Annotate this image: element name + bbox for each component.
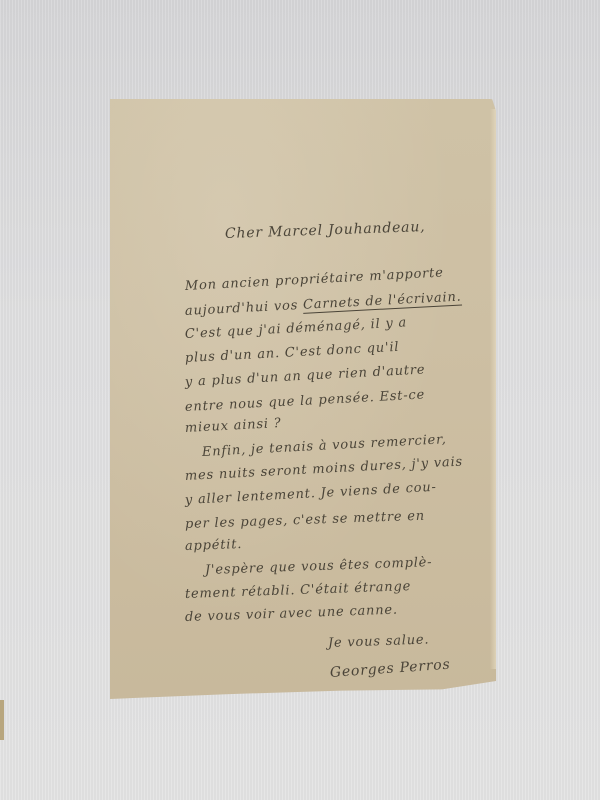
letter-line: J'espère que vous êtes complè- [205,555,433,578]
letter-line: plus d'un an. C'est donc qu'il [185,340,400,366]
letter-line: entre nous que la pensée. Est-ce [185,387,426,415]
letter-line: tement rétabli. C'était étrange [185,579,412,602]
letter-salutation: Cher Marcel Jouhandeau, [225,219,426,242]
letter-line: Enfin, je tenais à vous remercier, [202,432,447,460]
letter-line: de vous voir avec une canne. [185,603,398,625]
letter-closing: Je vous salue. [328,632,430,651]
letter-line: mieux ainsi ? [185,416,282,436]
letter-line-start: aujourd'hui vos [185,298,304,319]
letter-line: y aller lentement. Je viens de cou- [185,480,437,508]
letter-line: per les pages, c'est se mettre en [185,509,425,532]
underlined-book-title: Carnets de l'écrivain. [303,290,462,314]
letter-line: Mon ancien propriétaire m'apporte [185,265,444,294]
letter-line: y a plus d'un an que rien d'autre [185,362,426,390]
letter-line: appétit. [185,537,243,554]
paper-scrap-left-edge [0,700,4,740]
letter-line: aujourd'hui vos Carnets de l'écrivain. [185,290,462,319]
letter-paper: Cher Marcel Jouhandeau, Mon ancien propr… [110,99,496,699]
letter-signature: Georges Perros [329,657,451,681]
handwritten-letter: Cher Marcel Jouhandeau, Mon ancien propr… [110,99,496,699]
letter-line: C'est que j'ai déménagé, il y a [185,315,408,342]
